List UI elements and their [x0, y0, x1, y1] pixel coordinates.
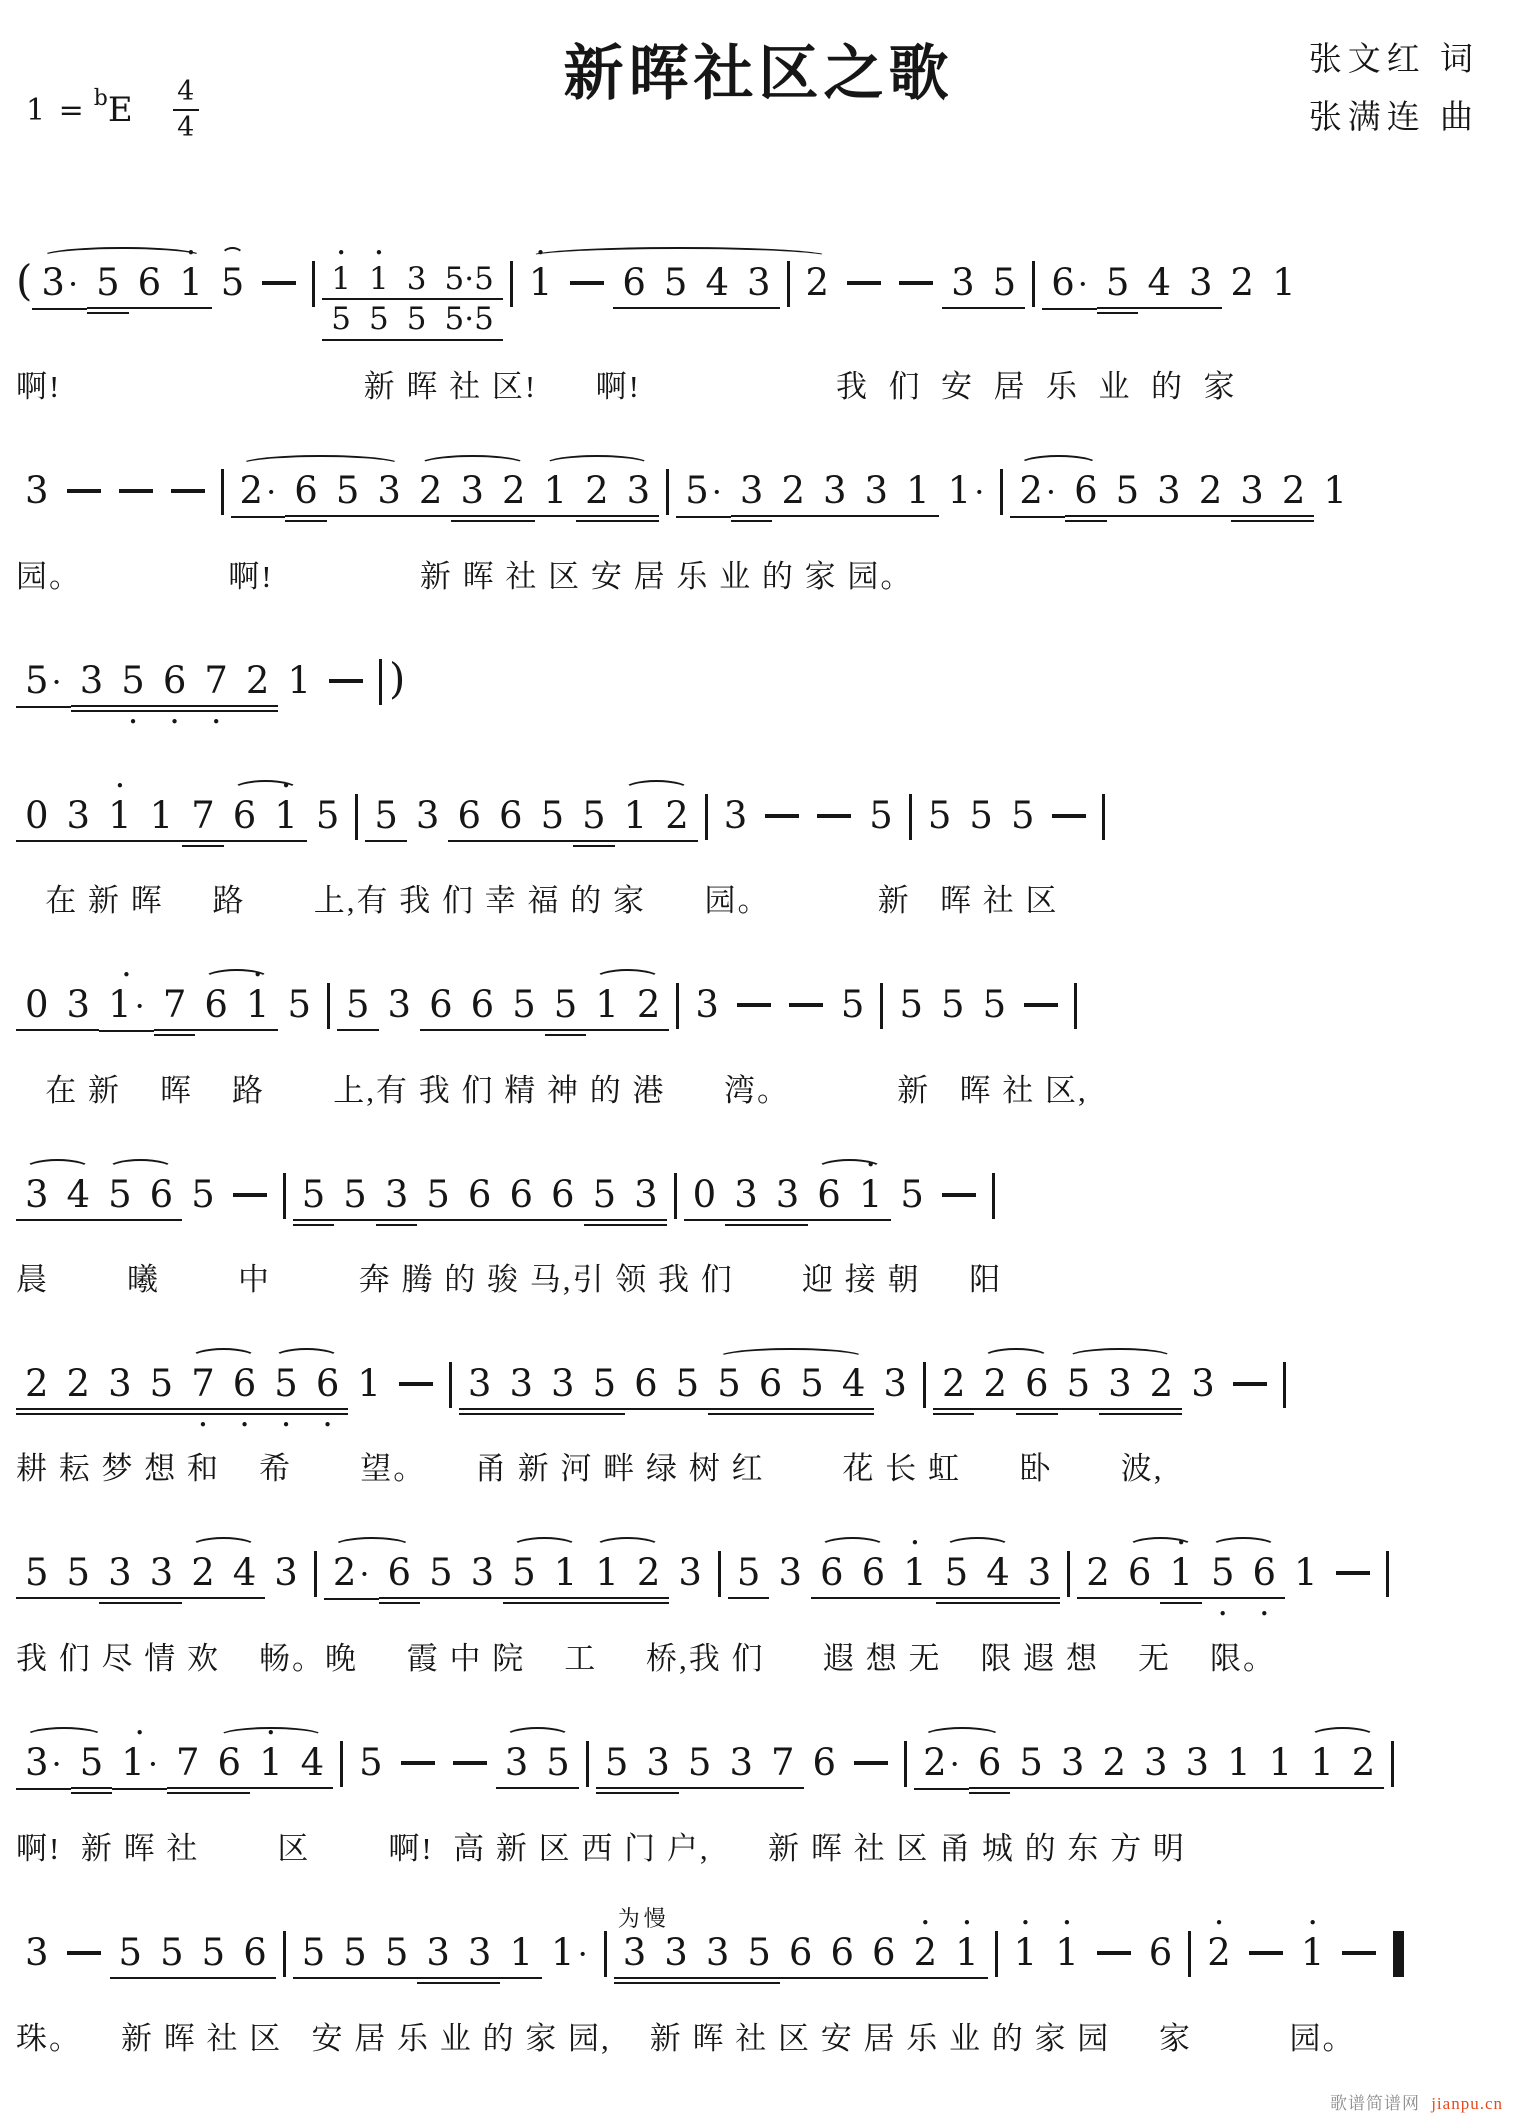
note: 5: [890, 970, 932, 1054]
note: 3: [625, 1160, 667, 1244]
note-row: 0 3 •1 1 7 6 •1 5 5 3 6 6 5 5 1 2 3 5 5 …: [16, 781, 1507, 865]
note: 5: [365, 781, 407, 865]
lyric-row: 啊! 新 晖 社 区 啊! 高 新 区 西 门 户, 新 晖 社 区 甬 城 的…: [16, 1823, 1507, 1868]
note: 1: [1263, 248, 1305, 332]
note: 3: [99, 1538, 141, 1622]
dash-note: [401, 1761, 435, 1765]
note: 5: [545, 970, 587, 1054]
note: 5: [151, 1918, 193, 2002]
note: 2: [974, 1349, 1016, 1433]
lyric-row: 珠。 新 晖 社 区 安 居 乐 业 的 家 园, 新 晖 社 区 安 居 乐 …: [16, 2013, 1507, 2058]
note: 5: [891, 1160, 933, 1244]
note: 3: [1019, 1538, 1061, 1622]
note: 3: [379, 970, 421, 1054]
note: 3: [814, 456, 856, 540]
note: 3: [1177, 1728, 1219, 1812]
slur: 7• 6•: [182, 1349, 265, 1433]
note: 2: [576, 456, 618, 540]
note: 3: [769, 1538, 811, 1622]
note: 2: [58, 1349, 100, 1433]
note: 5: [1002, 781, 1044, 865]
note: 2·: [324, 1538, 379, 1623]
note: 5: [99, 1160, 141, 1244]
lyric-row: 园。 啊! 新 晖 社 区 安 居 乐 业 的 家 园。: [16, 551, 1507, 596]
lyric-row: 在 新 晖 路 上,有 我 们 幸 福 的 家 园。 新 晖 社 区: [16, 875, 1507, 920]
note: 2: [656, 781, 698, 865]
meter-numerator: 4: [177, 78, 194, 106]
barline: [880, 983, 883, 1029]
barline: [1102, 794, 1105, 840]
note: 2: [1190, 456, 1232, 540]
note: 2: [1077, 1538, 1119, 1622]
note: 5: [832, 970, 874, 1054]
note: •1: [1005, 1918, 1047, 2002]
note: 3: [542, 1349, 584, 1433]
barline: [510, 261, 513, 307]
note: 5: [932, 970, 974, 1054]
note: 3: [767, 1160, 809, 1244]
composer-credit: 张满连 曲: [1309, 90, 1479, 148]
note: 5: [293, 1160, 335, 1244]
slur: 6 •1: [808, 1160, 891, 1244]
dash-note: [1233, 1382, 1267, 1386]
note: 3: [874, 1349, 916, 1433]
note: •1: [1046, 1918, 1088, 2002]
dash-note: [899, 281, 933, 285]
note: 1·: [939, 456, 994, 541]
note: 6: [750, 1349, 792, 1433]
note: 5: [708, 1349, 750, 1433]
slur: 1 2: [615, 781, 698, 865]
slur: 5: [212, 248, 254, 332]
note: 6•: [224, 1349, 266, 1433]
note: 5: [984, 248, 1026, 332]
note: 4: [292, 1728, 334, 1812]
note: 3: [1180, 248, 1222, 332]
note: 3: [686, 970, 728, 1054]
dash-note: [942, 1193, 976, 1197]
dash-note: [1097, 1951, 1131, 1955]
note: •1: [250, 1728, 292, 1812]
note: 5: [1097, 248, 1139, 332]
slur: 3· 5: [16, 1728, 112, 1813]
slur: 2· 6: [1010, 456, 1106, 541]
dash-note: [171, 489, 205, 493]
note: 2·: [231, 456, 286, 541]
note-row: ( 3· 5 6 •1 5 •15•15 35 5·55·5•1 6 5 4 3…: [16, 248, 1507, 351]
note: 3: [407, 781, 449, 865]
slur: 1 2: [586, 970, 669, 1054]
note: 3: [1231, 456, 1273, 540]
note: 5•: [265, 1349, 307, 1433]
note: 5: [919, 781, 961, 865]
slur: 2 3 2: [410, 456, 535, 540]
note: 5: [376, 1918, 418, 2002]
note: 3: [637, 1728, 679, 1812]
note: 6: [1140, 1918, 1182, 2002]
watermark-site-name: 歌谱简谱网: [1330, 2094, 1420, 2113]
score-system: ( 3· 5 6 •1 5 •15•15 35 5·55·5•1 6 5 4 3…: [16, 248, 1507, 406]
note: 5: [16, 1538, 58, 1622]
note: 5: [212, 248, 254, 332]
note: 3: [459, 1918, 501, 2002]
note: 5: [728, 1538, 770, 1622]
note: 3: [697, 1918, 739, 2002]
note: 5: [503, 1538, 545, 1622]
lyricist-credit: 张文红 词: [1309, 32, 1479, 90]
barline: [379, 659, 382, 705]
lyric-row: 我 们 尽 情 欢 畅。晚 霞 中 院 工 桥,我 们 遐 想 无 限 遐 想 …: [16, 1633, 1507, 1678]
note: 5: [71, 1728, 113, 1813]
note: 1: [586, 1538, 628, 1622]
note: 5: [860, 781, 902, 865]
note: 2: [628, 970, 670, 1054]
note: 5: [596, 1728, 638, 1812]
note: 6: [459, 1160, 501, 1244]
dash-note: [262, 281, 296, 285]
slur: 1 2: [1301, 1728, 1384, 1812]
note: 1: [1218, 1728, 1260, 1812]
note: 3: [368, 456, 410, 541]
note: 2: [1093, 1728, 1135, 1812]
barline: [1000, 469, 1003, 515]
note: 6: [490, 781, 532, 865]
chord-stack: •15: [322, 248, 360, 351]
barline: [1386, 1551, 1389, 1597]
note: 5: [738, 1918, 780, 2002]
note: 5: [293, 1918, 335, 2002]
barline: [1188, 1931, 1191, 1977]
note: 5: [1107, 456, 1149, 540]
note: 3: [1135, 1728, 1177, 1812]
note: 5: [193, 1918, 235, 2002]
slur: 2· 6: [324, 1538, 420, 1623]
meter-fraction-line: [173, 109, 199, 111]
note: 5: [278, 970, 320, 1054]
note: 3: [856, 456, 898, 540]
note: 6: [462, 970, 504, 1054]
page-title: 新晖社区之歌: [10, 14, 1507, 112]
note: 6: [141, 1160, 183, 1244]
note: •1: [894, 1538, 936, 1622]
note: 3: [725, 1160, 767, 1244]
note: 3: [731, 456, 773, 540]
note: 5: [1010, 1728, 1052, 1812]
lyric-row: 耕 耘 梦 想 和 希 望。 甬 新 河 畔 绿 树 红 花 长 虹 卧 波,: [16, 1443, 1507, 1488]
note: 5: [974, 970, 1016, 1054]
note: 6: [1016, 1349, 1058, 1433]
note-row: 0 3 •1· 7 6 •1 5 5 3 6 6 5 5 1 2 3 5 5 5…: [16, 970, 1507, 1055]
flat-sign: b: [94, 86, 108, 111]
barline: [674, 1173, 677, 1219]
note: 1: [615, 781, 657, 865]
note: 5: [350, 1728, 392, 1812]
note: 3: [99, 1349, 141, 1433]
note: 6•: [154, 646, 196, 730]
dash-note: [399, 1382, 433, 1386]
barline: [787, 261, 790, 307]
note: 5: [573, 781, 615, 865]
note: •1: [520, 248, 562, 332]
note: 5: [337, 970, 379, 1054]
note: 4: [696, 248, 738, 332]
note: 2: [410, 456, 452, 540]
note: 5: [791, 1349, 833, 1433]
note: 3: [417, 1918, 459, 2002]
dash-note: [1052, 814, 1086, 818]
note: 4: [833, 1349, 875, 1433]
note: 1: [1314, 456, 1356, 540]
note: 0: [684, 1160, 726, 1244]
note: •1: [1160, 1538, 1202, 1622]
note: 1: [897, 456, 939, 540]
note: 6: [542, 1160, 584, 1244]
barline: [283, 1173, 286, 1219]
score-system: 0 3 •1 1 7 6 •1 5 5 3 6 6 5 5 1 2 3 5 5 …: [16, 781, 1507, 920]
note: 5: [110, 1918, 152, 2002]
note: 5: [141, 1349, 183, 1433]
barline: [604, 1931, 607, 1977]
note: 1: [1260, 1728, 1302, 1812]
note: 6: [613, 248, 655, 332]
note: 5•: [1202, 1538, 1244, 1622]
note: 6: [500, 1160, 542, 1244]
note: 5: [584, 1349, 626, 1433]
note: 3: [738, 248, 780, 332]
dash-note: [817, 814, 851, 818]
note: 1: [278, 646, 320, 730]
barline: [327, 983, 330, 1029]
note: 6: [448, 781, 490, 865]
dash-note: [854, 1761, 888, 1765]
credits: 张文红 词 张满连 曲: [1309, 32, 1479, 148]
note: 5: [327, 456, 369, 541]
barline: [705, 794, 708, 840]
note: 6: [969, 1728, 1011, 1813]
score-system: 3 5 5 5 6 5 5 5 3 3 1 1· 为慢 3 3 3 5 6 6 …: [16, 1918, 1507, 2058]
note: 6: [195, 970, 237, 1054]
dash-note: [1336, 1571, 1370, 1575]
note: 2: [16, 1349, 58, 1433]
note: 3: [942, 248, 984, 332]
score-system: 3 4 5 6 5 5 5 3 5 6 6 6 5 3 0 3 3 6 •1 5…: [16, 1160, 1507, 1299]
barline: [355, 794, 358, 840]
barline: [586, 1741, 589, 1787]
note: 3: [71, 646, 113, 730]
slur: 2 4: [182, 1538, 265, 1622]
note: 1: [348, 1349, 390, 1433]
note: 5·: [676, 456, 731, 541]
barline: [718, 1551, 721, 1597]
note: 1: [535, 456, 577, 540]
note: 2: [628, 1538, 670, 1622]
parenthesis: ): [389, 656, 405, 702]
barline: [1074, 983, 1077, 1029]
watermark-link[interactable]: jianpu.cn: [1431, 2094, 1503, 2113]
note: 2: [1222, 248, 1264, 332]
note: 1: [500, 1918, 542, 2002]
note: 6: [625, 1349, 667, 1433]
dash-note: [1024, 1003, 1058, 1007]
note: 6·: [1042, 248, 1097, 333]
note: 3: [1182, 1349, 1224, 1433]
note: 6: [379, 1538, 421, 1623]
note: 6: [853, 1538, 895, 1622]
note: 2·: [914, 1728, 969, 1813]
note: 3: [58, 970, 100, 1054]
note: 6: [821, 1918, 863, 2002]
note: 5·: [16, 646, 71, 731]
note: 2: [182, 1538, 224, 1622]
note: 3: [16, 1918, 58, 2002]
note: •1: [99, 781, 141, 865]
final-barline: [1393, 1931, 1404, 1977]
time-signature: 4 4: [173, 78, 199, 143]
note: 3: [720, 1728, 762, 1812]
sheet-music-page: 新晖社区之歌 1 =bE 4 4 张文红 词 张满连 曲 ( 3· 5 6 •1…: [0, 0, 1517, 2122]
note: 6•: [307, 1349, 349, 1433]
slur: 5 6 5 4: [708, 1349, 874, 1433]
note: 5: [936, 1538, 978, 1622]
slur: 5• 6•: [1202, 1538, 1285, 1622]
note: 3·: [32, 248, 87, 333]
note: 3: [462, 1538, 504, 1622]
note: 5: [58, 1538, 100, 1622]
slur: 6 •1: [1119, 1538, 1202, 1622]
slur: 5 6: [99, 1160, 182, 1244]
note: 5: [503, 970, 545, 1054]
note-row: 3 2· 6 5 3 2 3 2 1 2 3 5· 3 2 3 3 1 1· 2…: [16, 456, 1507, 541]
dash-note: [1249, 1951, 1283, 1955]
note: 6: [224, 781, 266, 865]
barline: [314, 1551, 317, 1597]
chord-stack: 5·55·5: [436, 248, 503, 351]
note: 3: [1099, 1349, 1141, 1433]
slur: 3 5: [496, 1728, 579, 1812]
slur: 6 •1: [224, 781, 307, 865]
note: •1: [265, 781, 307, 865]
note: 5: [960, 781, 1002, 865]
barline: [904, 1741, 907, 1787]
dash-note: [233, 1193, 267, 1197]
note: •1·: [112, 1728, 167, 1813]
note: 5: [334, 1918, 376, 2002]
note: 6: [780, 1918, 822, 2002]
note-row: 5· 3 5• 6• 7• 2 1 ): [16, 646, 1507, 731]
note: 3: [1148, 456, 1190, 540]
dash-note: [453, 1761, 487, 1765]
slur: 6 •1: [195, 970, 278, 1054]
note: 2: [1273, 456, 1315, 540]
note: 6: [811, 1538, 853, 1622]
barline: [1283, 1362, 1286, 1408]
note: 6: [285, 456, 327, 541]
slur: 2· 6: [914, 1728, 1010, 1813]
lyric-row: 啊! 新 晖 社 区! 啊! 我 们 安 居 乐 业 的 家: [16, 361, 1507, 406]
note: 4: [1138, 248, 1180, 332]
dash-note: [119, 489, 153, 493]
note: 5: [417, 1160, 459, 1244]
slur: 5• 6•: [265, 1349, 348, 1433]
slur: 5 3 2: [1058, 1349, 1183, 1433]
score-system: 3· 5 •1· 7 6 •1 4 5 3 5 5 3 5 3 7 6 2· 6…: [16, 1728, 1507, 1868]
note: 6: [129, 248, 171, 333]
note: •1: [1292, 1918, 1334, 2002]
barline: [312, 261, 315, 307]
lyric-row: 晨 曦 中 奔 腾 的 骏 马,引 领 我 们 迎 接 朝 阳: [16, 1254, 1507, 1299]
note: 4: [977, 1538, 1019, 1622]
key-signature: 1 =bE 4 4: [26, 78, 199, 143]
score-system: 0 3 •1· 7 6 •1 5 5 3 6 6 5 5 1 2 3 5 5 5…: [16, 970, 1507, 1110]
barline: [992, 1173, 995, 1219]
note: 6: [420, 970, 462, 1054]
slur: 2 6: [974, 1349, 1057, 1433]
parenthesis: (: [16, 258, 32, 304]
slur: 6 •1 4: [209, 1728, 334, 1812]
slur: 1 2 3: [535, 456, 660, 540]
dash-note: [570, 281, 604, 285]
slur: 5 1: [503, 1538, 586, 1622]
note: 5: [1058, 1349, 1100, 1433]
note: 5: [667, 1349, 709, 1433]
barline: [1067, 1551, 1070, 1597]
note: •1: [170, 248, 212, 333]
dash-note: [67, 489, 101, 493]
note-row: 3· 5 •1· 7 6 •1 4 5 3 5 5 3 5 3 7 6 2· 6…: [16, 1728, 1507, 1813]
note: 6: [1065, 456, 1107, 541]
note: •2: [905, 1918, 947, 2002]
note: 5: [532, 781, 574, 865]
note: 6: [863, 1918, 905, 2002]
barline: [283, 1931, 286, 1977]
slur: 5 4: [936, 1538, 1019, 1622]
key-tonic: E: [108, 90, 133, 130]
dash-note: [67, 1951, 101, 1955]
note: 3: [141, 1538, 183, 1622]
note-row: 3 4 5 6 5 5 5 3 5 6 6 6 5 3 0 3 3 6 •1 5: [16, 1160, 1507, 1244]
chord-stack: •15: [360, 248, 398, 351]
note: 3: [16, 1160, 58, 1244]
note-row: 5 5 3 3 2 4 3 2· 6 5 3 5 1 1 2 3 5 3 6 6…: [16, 1538, 1507, 1623]
note: 5: [679, 1728, 721, 1812]
note: 3: [618, 456, 660, 540]
key-prefix: 1 =: [26, 93, 86, 128]
note: 7•: [182, 1349, 224, 1433]
barline: [1391, 1741, 1394, 1787]
note: 6: [808, 1160, 850, 1244]
slur: 3 4: [16, 1160, 99, 1244]
dash-note: [1342, 1951, 1376, 1955]
note: 4: [58, 1160, 100, 1244]
note: 5: [334, 1160, 376, 1244]
note: 3·: [16, 1728, 71, 1813]
note-row: 2 2 3 5 7• 6• 5• 6• 1 3 3 3 5 6 5 5 6 5 …: [16, 1349, 1507, 1433]
note: 1: [545, 1538, 587, 1622]
note: 2: [1141, 1349, 1183, 1433]
note: 2: [493, 456, 535, 540]
note: 6: [1119, 1538, 1161, 1622]
barline: [909, 794, 912, 840]
score: ( 3· 5 6 •1 5 •15•15 35 5·55·5•1 6 5 4 3…: [10, 248, 1507, 2058]
barline: [221, 469, 224, 515]
note: 3: [451, 456, 493, 540]
slur: 1 2: [586, 1538, 669, 1622]
note: 7•: [195, 646, 237, 730]
note: 3: [58, 781, 100, 865]
barline: [340, 1741, 343, 1787]
note: •1·: [99, 970, 154, 1055]
note: 6: [804, 1728, 846, 1812]
